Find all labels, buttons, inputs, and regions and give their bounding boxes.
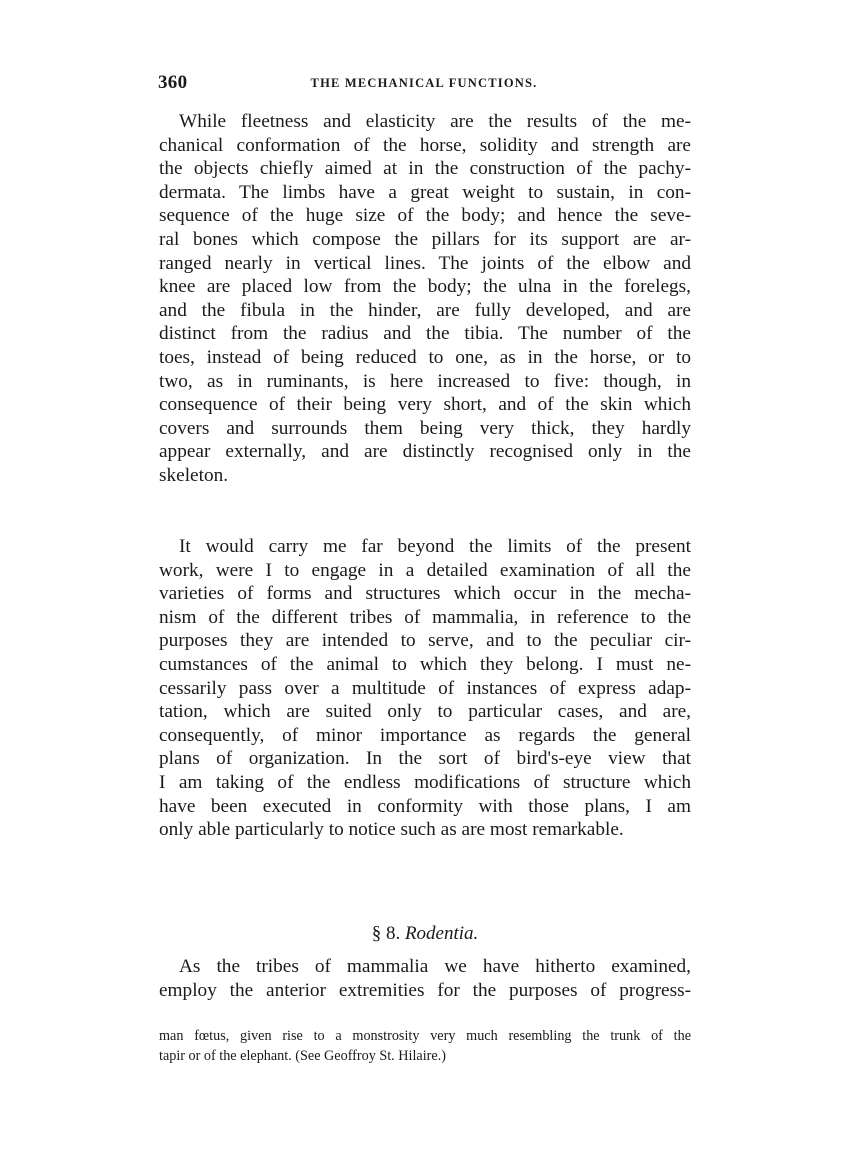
running-head: THE MECHANICAL FUNCTIONS. xyxy=(158,76,690,91)
text-line: employ the anterior extremities for the … xyxy=(159,979,691,1003)
text-line: It would carry me far beyond the limits … xyxy=(159,535,691,559)
text-line: and the fibula in the hinder, are fully … xyxy=(159,299,691,323)
text-line: cessarily pass over a multitude of insta… xyxy=(159,677,691,701)
text-line: the objects chiefly aimed at in the cons… xyxy=(159,157,691,181)
section-heading: § 8. Rodentia. xyxy=(159,923,691,945)
text-line: sequence of the huge size of the body; a… xyxy=(159,204,691,228)
text-line: two, as in ruminants, is here increased … xyxy=(159,370,691,394)
text-line: toes, instead of being reduced to one, a… xyxy=(159,346,691,370)
section-number: § 8. xyxy=(372,923,401,944)
text-line: consequence of their being very short, a… xyxy=(159,393,691,417)
text-line: knee are placed low from the body; the u… xyxy=(159,275,691,299)
text-line: varieties of forms and structures which … xyxy=(159,582,691,606)
text-line: ranged nearly in vertical lines. The joi… xyxy=(159,252,691,276)
text-line: chanical conformation of the horse, soli… xyxy=(159,134,691,158)
text-line: As the tribes of mammalia we have hither… xyxy=(159,955,691,979)
text-line: plans of organization. In the sort of bi… xyxy=(159,747,691,771)
text-line: purposes they are intended to serve, and… xyxy=(159,629,691,653)
footnote-line: man fœtus, given rise to a monstrosity v… xyxy=(159,1026,691,1046)
text-line: work, were I to engage in a detailed exa… xyxy=(159,559,691,583)
text-line: tation, which are suited only to particu… xyxy=(159,700,691,724)
text-line: have been executed in conformity with th… xyxy=(159,795,691,819)
text-line: covers and surrounds them being very thi… xyxy=(159,417,691,441)
text-line: While fleetness and elasticity are the r… xyxy=(159,110,691,134)
text-line: skeleton. xyxy=(159,464,691,488)
text-line: only able particularly to notice such as… xyxy=(159,818,691,842)
text-line: distinct from the radius and the tibia. … xyxy=(159,322,691,346)
text-line: dermata. The limbs have a great weight t… xyxy=(159,181,691,205)
section-title: Rodentia. xyxy=(405,923,478,944)
text-line: ral bones which compose the pillars for … xyxy=(159,228,691,252)
text-line: cumstances of the animal to which they b… xyxy=(159,653,691,677)
book-page: 360 THE MECHANICAL FUNCTIONS. While flee… xyxy=(0,0,850,1150)
footnote: man fœtus, given rise to a monstrosity v… xyxy=(159,1026,691,1066)
text-line: I am taking of the endless modifications… xyxy=(159,771,691,795)
paragraph-pachydermata: While fleetness and elasticity are the r… xyxy=(159,110,691,488)
paragraph-rodentia: As the tribes of mammalia we have hither… xyxy=(159,955,691,1002)
footnote-line: tapir or of the elephant. (See Geoffroy … xyxy=(159,1046,691,1066)
text-line: appear externally, and are distinctly re… xyxy=(159,440,691,464)
paragraph-limits-of-work: It would carry me far beyond the limits … xyxy=(159,535,691,842)
text-line: nism of the different tribes of mammalia… xyxy=(159,606,691,630)
page-header: 360 THE MECHANICAL FUNCTIONS. xyxy=(158,72,690,96)
text-line: consequently, of minor importance as reg… xyxy=(159,724,691,748)
